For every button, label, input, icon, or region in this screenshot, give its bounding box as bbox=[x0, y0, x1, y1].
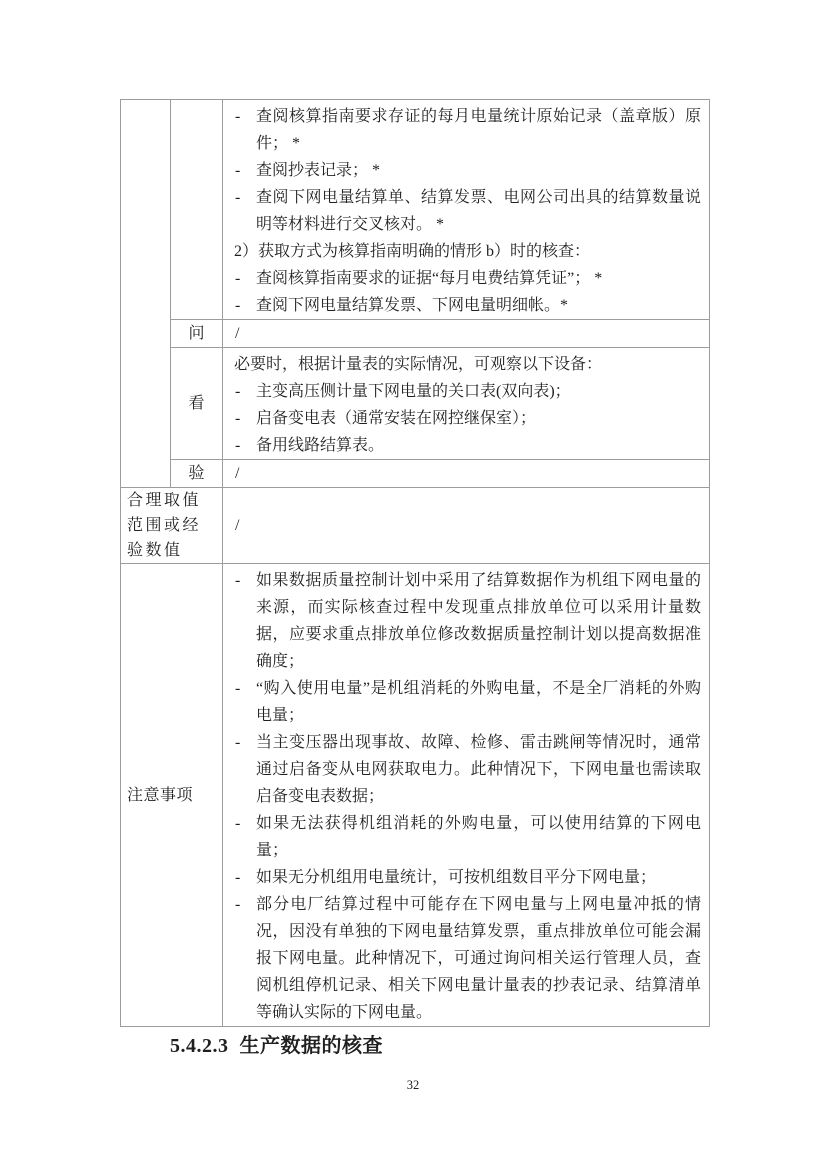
bullet-marker: - bbox=[235, 432, 240, 459]
list-item: -部分电厂结算过程中可能存在下网电量与上网电量冲抵的情况，因没有单独的下网电量结… bbox=[234, 891, 701, 1026]
list-item-text: 查阅核算指南要求存证的每月电量统计原始记录（盖章版）原件； * bbox=[256, 108, 701, 152]
table-row-look: 看 必要时，根据计量表的实际情况，可观察以下设备： -主变高压侧计量下网电量的关… bbox=[121, 348, 710, 460]
section-number: 5.4.2.3 bbox=[170, 1035, 229, 1057]
list-item: -如果数据质量控制计划中采用了结算数据作为机组下网电量的来源，而实际核查过程中发… bbox=[234, 567, 701, 675]
verify-value-cell: / bbox=[223, 460, 710, 488]
list-item-text: 查阅下网电量结算发票、下网电量明细帐。* bbox=[256, 297, 568, 314]
list-item-text: 查阅下网电量结算单、结算发票、电网公司出具的结算数量说明等材料进行交叉核对。 * bbox=[256, 189, 701, 233]
list-item: -主变高压侧计量下网电量的关口表(双向表)； bbox=[234, 378, 701, 405]
list-item: -查阅核算指南要求的证据“每月电费结算凭证”； * bbox=[234, 265, 701, 292]
list-item-text: 备用线路结算表。 bbox=[256, 437, 384, 454]
list-item: -查阅下网电量结算单、结算发票、电网公司出具的结算数量说明等材料进行交叉核对。 … bbox=[234, 184, 701, 238]
list-item: 2）获取方式为核算指南明确的情形 b）时的核查： bbox=[234, 238, 701, 265]
bullet-marker: - bbox=[235, 103, 240, 130]
bullet-marker: - bbox=[235, 184, 240, 211]
list-item: -查阅核算指南要求存证的每月电量统计原始记录（盖章版）原件； * bbox=[234, 103, 701, 157]
bullet-marker: - bbox=[235, 157, 240, 184]
list-item-text: 2）获取方式为核算指南明确的情形 b）时的核查： bbox=[234, 243, 590, 260]
bullet-marker: - bbox=[235, 265, 240, 292]
list-item: -备用线路结算表。 bbox=[234, 432, 701, 459]
bullet-marker: - bbox=[235, 567, 240, 594]
ask-label-cell: 问 bbox=[171, 320, 223, 348]
bullet-marker: - bbox=[235, 405, 240, 432]
look-intro-text: 必要时，根据计量表的实际情况，可观察以下设备： bbox=[234, 351, 701, 378]
list-item-text: 当主变压器出现事故、故障、检修、雷击跳闸等情况时，通常通过启备变从电网获取电力。… bbox=[256, 734, 701, 805]
notes-content-cell: -如果数据质量控制计划中采用了结算数据作为机组下网电量的来源，而实际核查过程中发… bbox=[223, 564, 710, 1027]
list-item-text: 主变高压侧计量下网电量的关口表(双向表)； bbox=[256, 383, 571, 400]
bullet-marker: - bbox=[235, 729, 240, 756]
verify-label-cell: 验 bbox=[171, 460, 223, 488]
list-item: -如果无分机组用电量统计，可按机组数目平分下网电量； bbox=[234, 864, 701, 891]
verification-table: -查阅核算指南要求存证的每月电量统计原始记录（盖章版）原件； * -查阅抄表记录… bbox=[120, 99, 710, 1027]
ask-value-cell: / bbox=[223, 320, 710, 348]
list-item-text: 如果无法获得机组消耗的外购电量，可以使用结算的下网电量； bbox=[256, 815, 701, 859]
list-item-text: 启备变电表（通常安装在网控继保室）； bbox=[256, 410, 536, 427]
list-item-text: 如果数据质量控制计划中采用了结算数据作为机组下网电量的来源，而实际核查过程中发现… bbox=[256, 572, 701, 670]
list-item-text: “购入使用电量”是机组消耗的外购电量，不是全厂消耗的外购电量； bbox=[256, 680, 701, 724]
list-item-text: 查阅核算指南要求的证据“每月电费结算凭证”； * bbox=[256, 270, 602, 287]
list-item-text: 如果无分机组用电量统计，可按机组数目平分下网电量； bbox=[256, 869, 656, 886]
bullet-marker: - bbox=[235, 292, 240, 319]
check-label-cell bbox=[171, 100, 223, 320]
look-content-cell: 必要时，根据计量表的实际情况，可观察以下设备： -主变高压侧计量下网电量的关口表… bbox=[223, 348, 710, 460]
list-item: -查阅下网电量结算发票、下网电量明细帐。* bbox=[234, 292, 701, 319]
list-item-text: 查阅抄表记录； * bbox=[256, 162, 380, 179]
bullet-marker: - bbox=[235, 810, 240, 837]
table-row-check: -查阅核算指南要求存证的每月电量统计原始记录（盖章版）原件； * -查阅抄表记录… bbox=[121, 100, 710, 320]
table-row-ask: 问 / bbox=[121, 320, 710, 348]
list-item: -如果无法获得机组消耗的外购电量，可以使用结算的下网电量； bbox=[234, 810, 701, 864]
document-page: -查阅核算指南要求存证的每月电量统计原始记录（盖章版）原件； * -查阅抄表记录… bbox=[0, 0, 826, 1169]
look-label-cell: 看 bbox=[171, 348, 223, 460]
bullet-marker: - bbox=[235, 378, 240, 405]
list-item: -启备变电表（通常安装在网控继保室）； bbox=[234, 405, 701, 432]
table-row-verify: 验 / bbox=[121, 460, 710, 488]
left-spacer-cell bbox=[121, 100, 171, 488]
section-heading: 5.4.2.3生产数据的核查 bbox=[170, 1029, 383, 1058]
bullet-marker: - bbox=[235, 675, 240, 702]
bullet-marker: - bbox=[235, 864, 240, 891]
section-title: 生产数据的核查 bbox=[240, 1035, 384, 1057]
table-row-notes: 注意事项 -如果数据质量控制计划中采用了结算数据作为机组下网电量的来源，而实际核… bbox=[121, 564, 710, 1027]
table-row-range: 合理取值范围或经验数值 / bbox=[121, 488, 710, 564]
list-item: -“购入使用电量”是机组消耗的外购电量，不是全厂消耗的外购电量； bbox=[234, 675, 701, 729]
check-content-cell: -查阅核算指南要求存证的每月电量统计原始记录（盖章版）原件； * -查阅抄表记录… bbox=[223, 100, 710, 320]
list-item-text: 部分电厂结算过程中可能存在下网电量与上网电量冲抵的情况，因没有单独的下网电量结算… bbox=[256, 896, 701, 1021]
bullet-marker: - bbox=[235, 891, 240, 918]
range-label-cell: 合理取值范围或经验数值 bbox=[121, 488, 223, 564]
notes-label-cell: 注意事项 bbox=[121, 564, 223, 1027]
list-item: -当主变压器出现事故、故障、检修、雷击跳闸等情况时，通常通过启备变从电网获取电力… bbox=[234, 729, 701, 810]
range-value-cell: / bbox=[223, 488, 710, 564]
list-item: -查阅抄表记录； * bbox=[234, 157, 701, 184]
page-number: 32 bbox=[0, 1078, 826, 1093]
